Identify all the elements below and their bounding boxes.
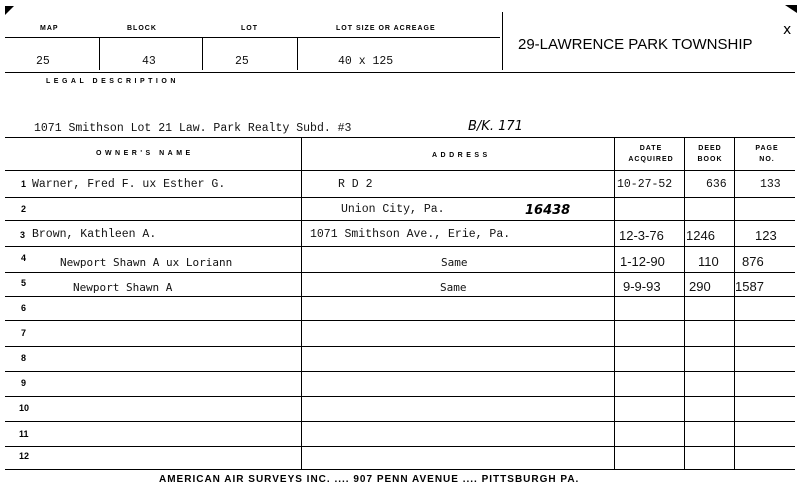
header-row-rule: [5, 170, 795, 171]
deed-book: 636: [706, 178, 727, 191]
date-acquired-header: DATE ACQUIRED: [618, 143, 684, 165]
legal-description-label: LEGAL DESCRIPTION: [46, 78, 179, 85]
block-label: BLOCK: [127, 25, 157, 32]
publisher-footer: AMERICAN AIR SURVEYS INC. .... 907 PENN …: [159, 474, 579, 485]
divider: [297, 38, 298, 70]
row-rule: [5, 272, 795, 273]
row-rule: [5, 396, 795, 397]
row-number: 9: [21, 378, 26, 388]
row-rule: [5, 320, 795, 321]
date-acquired: 1-12-90: [620, 254, 665, 269]
legal-description-rule: [5, 137, 795, 138]
deed-book: 110: [698, 254, 719, 269]
row-number: 6: [21, 303, 26, 313]
row-number: 11: [19, 429, 29, 439]
page-number: 876: [742, 254, 764, 269]
lot-size-label: LOT SIZE OR ACREAGE: [336, 25, 436, 32]
lot-value: 25: [235, 55, 249, 68]
block-value: 43: [142, 55, 156, 68]
header-bottom-rule: [5, 72, 795, 73]
divider: [99, 38, 100, 70]
divider: [502, 12, 503, 70]
book-reference: B/K. 171: [468, 119, 523, 134]
date-acquired: 10-27-52: [617, 178, 672, 191]
lot-size-value: 40 x 125: [338, 55, 393, 68]
row-number: 4: [21, 253, 26, 263]
property-record-card: x MAP BLOCK LOT LOT SIZE OR ACREAGE 25 4…: [0, 0, 801, 504]
deed-book: 1246: [686, 228, 715, 243]
row-number: 10: [19, 403, 29, 413]
row-number: 5: [21, 278, 26, 288]
map-label: MAP: [40, 25, 59, 32]
divider: [202, 38, 203, 70]
page-no-header: PAGE NO.: [738, 143, 796, 165]
header-top-rule: [5, 37, 500, 38]
date-acquired: 9-9-93: [623, 279, 661, 294]
map-value: 25: [36, 55, 50, 68]
deed-book-header: DEED BOOK: [686, 143, 734, 165]
row-rule: [5, 296, 795, 297]
corner-mark-top-right: [785, 5, 797, 13]
row-number: 7: [21, 328, 26, 338]
deed-book: 290: [689, 279, 711, 294]
owner-name: Newport Shawn A: [73, 281, 172, 294]
row-rule: [5, 220, 795, 221]
row-rule: [5, 346, 795, 347]
row-number: 12: [19, 451, 29, 461]
corner-x-mark: x: [783, 22, 791, 38]
corner-mark-top-left: [5, 6, 14, 15]
page-number: 133: [760, 178, 781, 191]
page-number: 123: [755, 228, 777, 243]
owner-name-header: OWNER'S NAME: [96, 150, 194, 157]
row-number: 3: [20, 230, 25, 240]
zip-code-note: 16438: [525, 203, 570, 218]
address: R D 2: [338, 178, 373, 191]
row-number: 8: [21, 353, 26, 363]
row-number: 1: [21, 179, 26, 189]
lot-label: LOT: [241, 25, 258, 32]
row-rule: [5, 197, 795, 198]
date-acquired: 12-3-76: [619, 228, 664, 243]
township-title: 29-LAWRENCE PARK TOWNSHIP: [518, 36, 753, 53]
row-rule: [5, 469, 795, 470]
row-rule: [5, 446, 795, 447]
address: Union City, Pa.: [341, 203, 445, 216]
page-number: 1587: [735, 279, 764, 294]
owner-name: Warner, Fred F. ux Esther G.: [32, 178, 225, 191]
address: Same: [441, 256, 468, 269]
owner-name: Newport Shawn A ux Loriann: [60, 256, 232, 269]
owner-name: Brown, Kathleen A.: [32, 228, 156, 241]
row-rule: [5, 421, 795, 422]
address: 1071 Smithson Ave., Erie, Pa.: [310, 228, 510, 241]
address: Same: [440, 281, 467, 294]
row-rule: [5, 246, 795, 247]
row-number: 2: [21, 204, 26, 214]
row-rule: [5, 371, 795, 372]
legal-description-text: 1071 Smithson Lot 21 Law. Park Realty Su…: [34, 122, 351, 135]
address-header: ADDRESS: [432, 152, 491, 159]
